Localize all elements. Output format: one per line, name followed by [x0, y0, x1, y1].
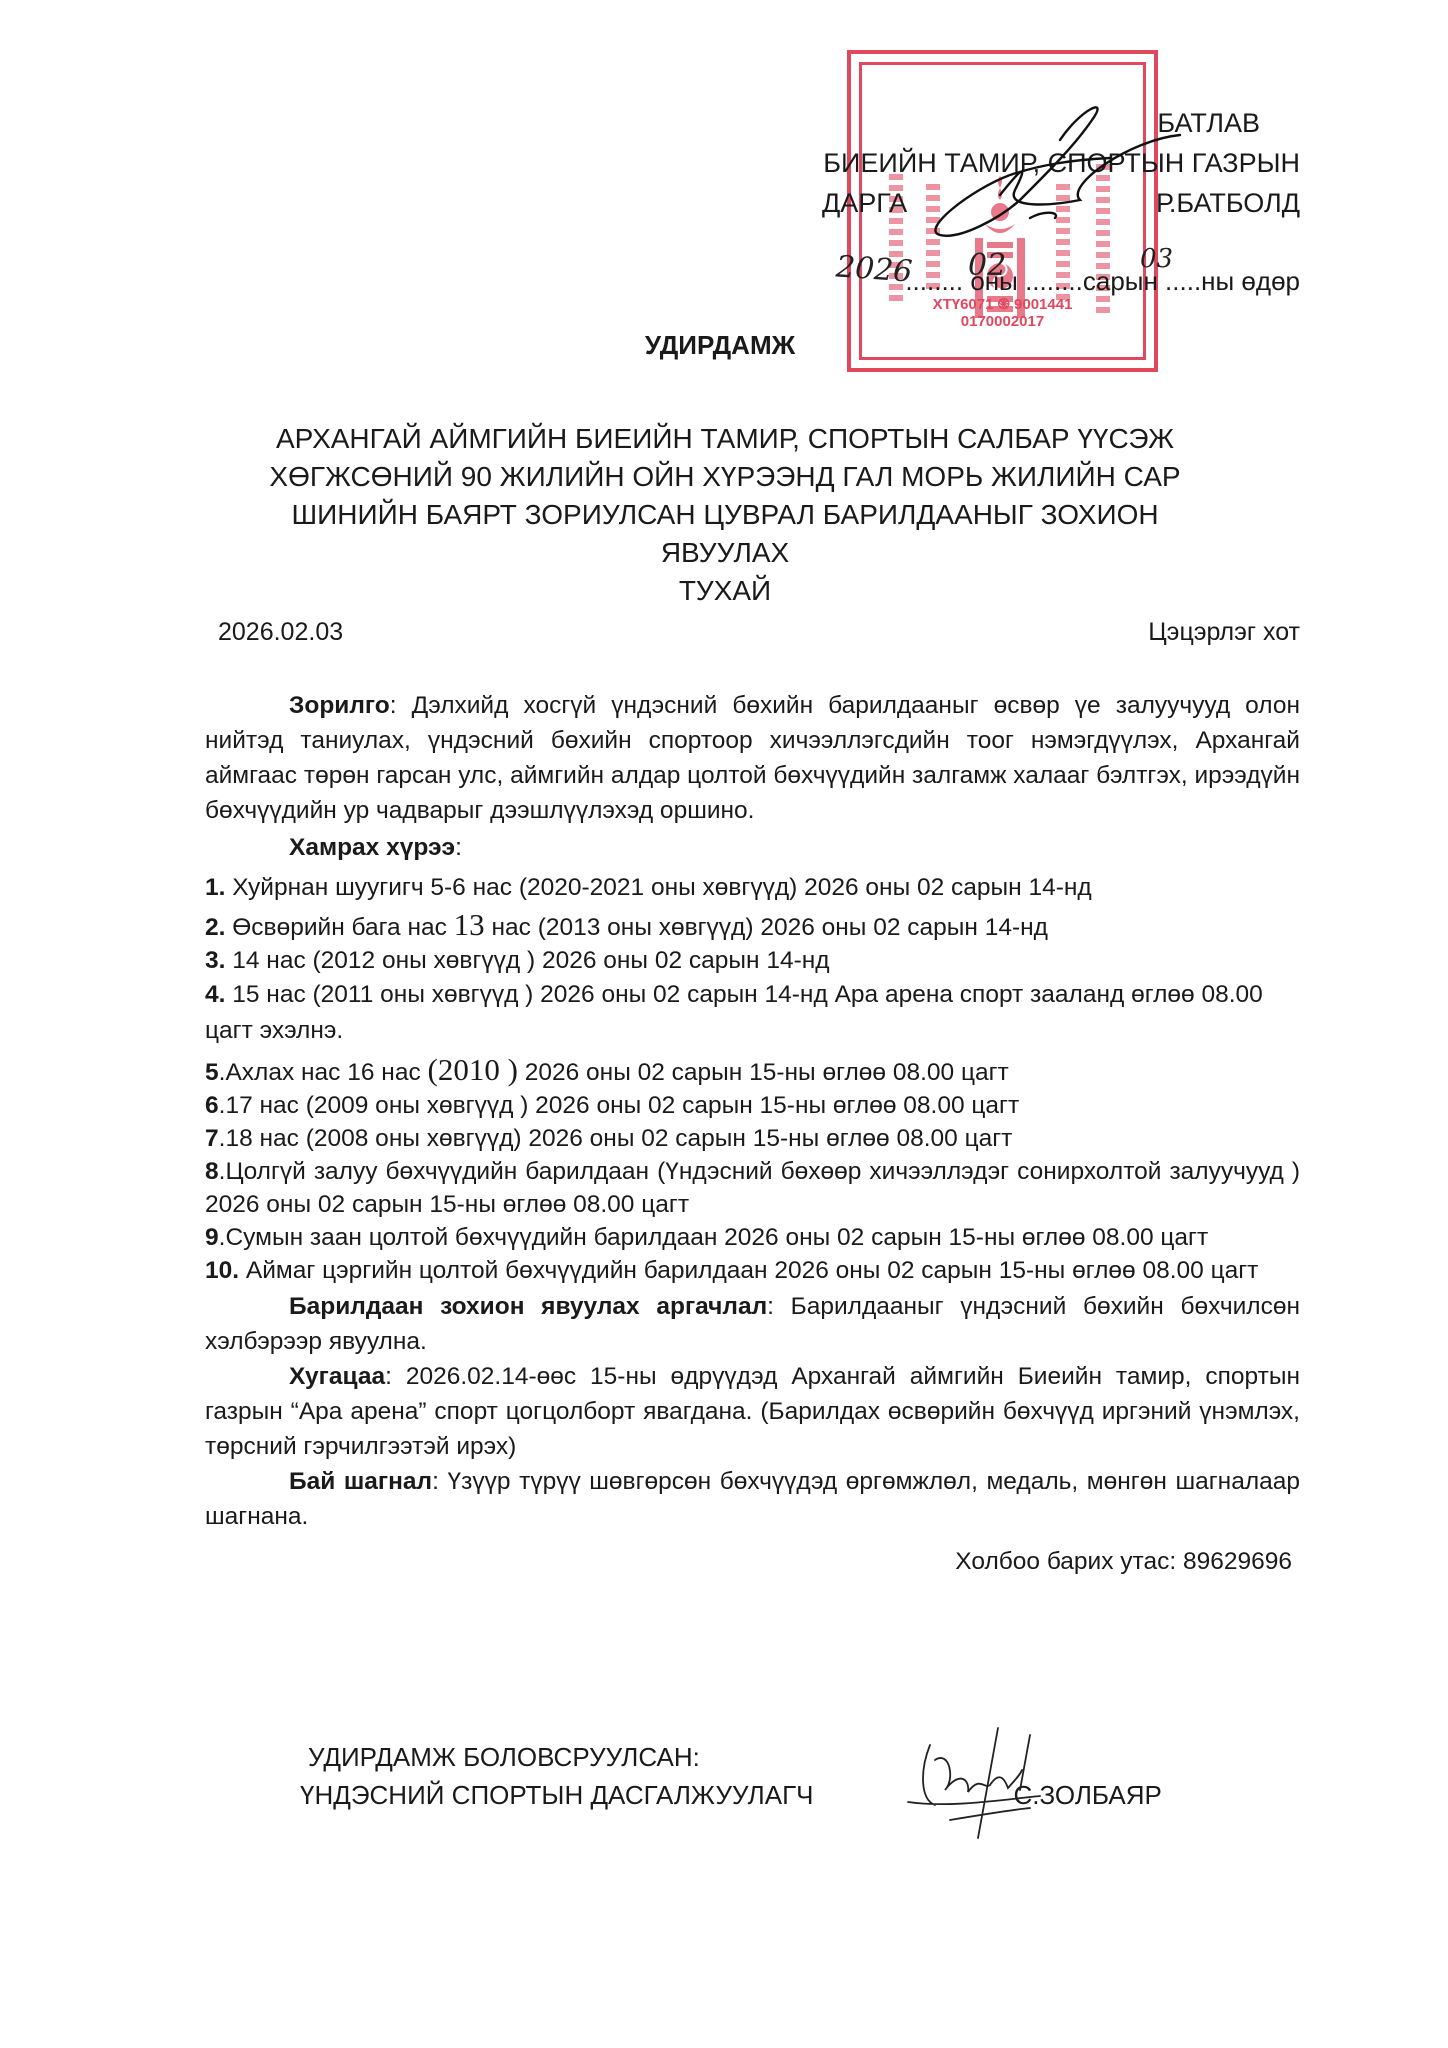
scope-heading: Хамрах хүрээ: — [205, 830, 1300, 865]
prize-label: Бай шагнал — [289, 1468, 432, 1495]
approval-date-line: ........ оны ........сарын .....ны өдөр — [905, 266, 1300, 297]
date-city-row: 2026.02.03 Цэцэрлэг хот — [218, 618, 1300, 647]
list-item: 3. 14 нас (2012 оны хөвгүүд ) 2026 оны 0… — [205, 944, 1300, 977]
document-type-title: УДИРДАМЖ — [0, 330, 1448, 361]
handwritten-month: 02 — [968, 248, 1006, 283]
subject-line: ШИНИЙН БАЯРТ ЗОРИУЛСАН ЦУВРАЛ БАРИЛДААНЫ… — [240, 496, 1210, 572]
author-signature — [890, 1720, 1090, 1840]
prize-paragraph: Бай шагнал: Үзүүр түрүү шөвгөрсөн бөхчүү… — [205, 1464, 1300, 1534]
scope-colon: : — [455, 834, 462, 861]
stamp-code-line1: ХТҮ6071 ֍ 9001441 — [851, 294, 1154, 314]
list-item: 8.Цолгүй залуу бөхчүүдийн барилдаан (Үнд… — [205, 1155, 1300, 1221]
author-title: ҮНДЭСНИЙ СПОРТЫН ДАСГАЛЖУУЛАГЧ — [300, 1776, 813, 1814]
method-label: Барилдаан зохион явуулах аргачлал — [289, 1293, 767, 1320]
list-item: 4. 15 нас (2011 оны хөвгүүд ) 2026 оны 0… — [205, 977, 1300, 1049]
timing-paragraph: Хугацаа: 2026.02.14-өөс 15-ны өдрүүдэд А… — [205, 1359, 1300, 1464]
list-item: 1. Хуйрнан шуугигч 5-6 нас (2020-2021 он… — [205, 871, 1300, 904]
list-item: 5.Ахлах нас 16 нас (2010 ) 2026 оны 02 с… — [205, 1053, 1300, 1089]
scope-label: Хамрах хүрээ — [289, 834, 455, 861]
list-item: 9.Сумын заан цолтой бөхчүүдийн барилдаан… — [205, 1221, 1300, 1254]
list-item: 10. Аймаг цэргийн цолтой бөхчүүдийн бари… — [205, 1254, 1300, 1287]
approver-signature — [880, 100, 1200, 250]
handwritten-year: 2026 — [835, 249, 914, 289]
stamp-code-line2: 0170002017 — [851, 313, 1154, 330]
purpose-paragraph: Зорилго: Дэлхийд хосгүй үндэсний бөхийн … — [205, 688, 1300, 828]
document-city: Цэцэрлэг хот — [1148, 618, 1300, 647]
timing-label: Хугацаа — [289, 1363, 385, 1390]
scope-list: 1. Хуйрнан шуугигч 5-6 нас (2020-2021 он… — [205, 871, 1300, 1287]
document-subject: АРХАНГАЙ АЙМГИЙН БИЕИЙН ТАМИР, СПОРТЫН С… — [240, 420, 1210, 610]
list-item: 6.17 нас (2009 оны хөвгүүд ) 2026 оны 02… — [205, 1089, 1300, 1122]
document-body: Зорилго: Дэлхийд хосгүй үндэсний бөхийн … — [205, 688, 1300, 1579]
document-date: 2026.02.03 — [218, 618, 343, 647]
subject-line: АРХАНГАЙ АЙМГИЙН БИЕИЙН ТАМИР, СПОРТЫН С… — [240, 420, 1210, 458]
subject-line: ХӨГЖСӨНИЙ 90 ЖИЛИЙН ОЙН ХҮРЭЭНД ГАЛ МОРЬ… — [240, 458, 1210, 496]
purpose-label: Зорилго — [289, 692, 390, 719]
contact-phone: Холбоо барих утас: 89629696 — [205, 1544, 1300, 1579]
list-item: 7.18 нас (2008 оны хөвгүүд) 2026 оны 02 … — [205, 1122, 1300, 1155]
method-paragraph: Барилдаан зохион явуулах аргачлал: Барил… — [205, 1289, 1300, 1359]
list-item: 2. Өсвөрийн бага нас 13 нас (2013 оны хө… — [205, 908, 1300, 944]
subject-line: ТУХАЙ — [240, 572, 1210, 610]
